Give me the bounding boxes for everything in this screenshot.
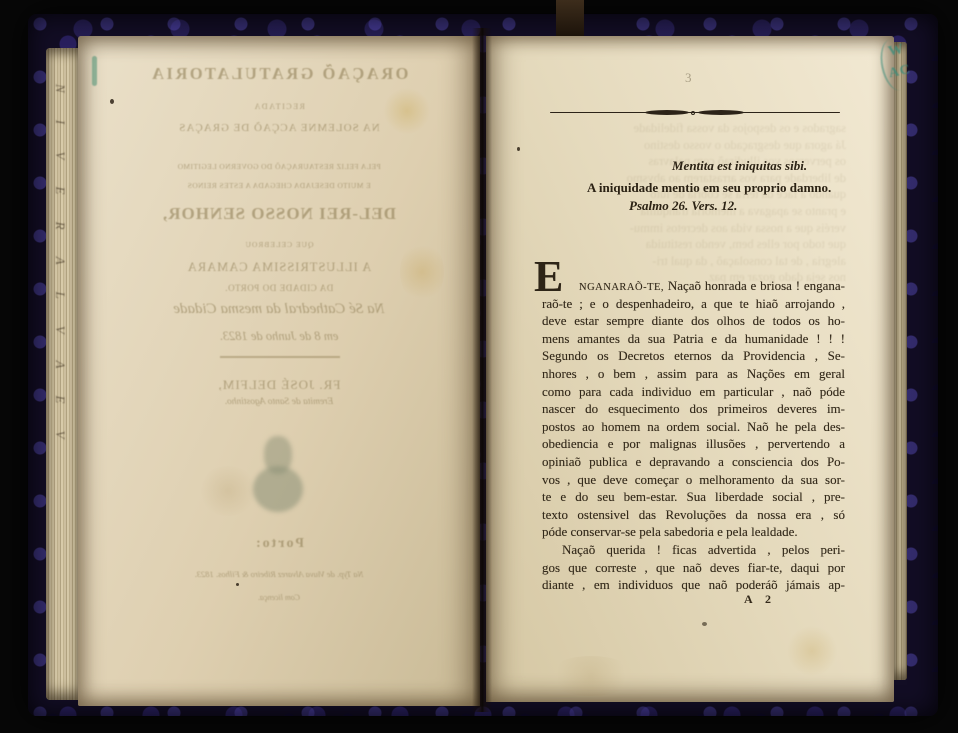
bleed-line: QUE CELEBROU (78, 240, 480, 249)
paragraph-line: te e do seu bem-estar. Sua liberdade soc… (542, 488, 845, 506)
foxing-stain (786, 626, 838, 676)
bleed-line: PELA FELIZ RESTAURAÇAÕ DO GOVERNO LEGITI… (78, 162, 480, 171)
bleed-line: Eremita de Santo Agostinho. (78, 397, 480, 407)
spine-headcap (556, 0, 584, 36)
rule-lens-right (698, 110, 744, 115)
bleed-fragment: que todo por elles bem, vendo restituida (544, 236, 846, 253)
paragraph-line: NGANARAÕ-TE, Naçaõ honrada e briosa ! en… (542, 277, 845, 295)
foxing-stain (546, 656, 636, 696)
gutter-shadow (472, 28, 492, 712)
bleed-line: Na Typ. de Viuva Alvarez Ribeiro & Filho… (78, 569, 480, 579)
bleed-line: Porto: (78, 536, 480, 552)
bleed-fragment: sagrados e os despojos da vossa fidelida… (544, 120, 846, 137)
signature-mark: A 2 (744, 592, 776, 607)
bleed-line: FR. JOSÉ DELFIM, (78, 377, 480, 393)
bleed-line: E MUITO DESEJADA CHEGADA A ESTES REINOS (78, 181, 480, 190)
bleed-line: DA CIDADE DO PORTO. (78, 283, 480, 293)
bleed-line: A ILLUSTRISSIMA CAMARA (78, 260, 480, 275)
lead-small-caps: NGANARAÕ-TE, (579, 282, 664, 293)
paragraph-line: mens amantes da sua Patria e da humanida… (542, 330, 845, 348)
left-page-bleed-title: ORAÇAÕ GRATULATORIA RECITADA NA SOLEMNE … (78, 36, 480, 706)
paragraph-line: nascer do esquecimento dos primeiros dev… (542, 400, 845, 418)
bleed-fragment: veréis que a nossa vida aos decretos imm… (544, 220, 846, 237)
bleed-rule (220, 356, 340, 358)
ink-speck (236, 583, 239, 586)
epigraph-reference: Psalmo 26. Vers. 12. (629, 198, 737, 214)
ink-speck (110, 99, 114, 104)
bleed-line: ORAÇAÕ GRATULATORIA (78, 64, 480, 84)
paragraph-line: Segundo os Decretos eternos da Providenc… (542, 347, 845, 365)
body-text-block: NGANARAÕ-TE, Naçaõ honrada e briosa ! en… (542, 277, 845, 594)
left-page: ORAÇAÕ GRATULATORIA RECITADA NA SOLEMNE … (78, 36, 480, 706)
bleed-line: em 8 de Junho de 1823. (78, 329, 480, 344)
rule-center-ring (691, 111, 696, 116)
paragraph-line: obediencia e por malignas illusões , per… (542, 435, 845, 453)
page-number: 3 (685, 70, 692, 86)
bleed-line: RECITADA (78, 102, 480, 111)
ink-speck (517, 147, 520, 151)
bleed-line: Com licença. (78, 593, 480, 602)
paragraph-line: deve estar sempre diante dos olhos de to… (542, 312, 845, 330)
bleed-line: NA SOLEMNE ACÇAÕ DE GRAÇAS (78, 122, 480, 134)
paragraph-line: diante , em individuos que naõ poderáõ j… (542, 576, 845, 594)
right-page: sagrados e os despojos da vossa fidelida… (486, 36, 894, 702)
fore-edge-handwriting: N I V E R A L V A E V (52, 84, 68, 664)
paragraph-line: Naçaõ querida ! ficas advertida , pelos … (542, 541, 845, 559)
ink-speck (702, 622, 707, 626)
paragraph-line: postos ao homem na ordem social. Naõ he … (542, 418, 845, 436)
ink-stamp-blob (253, 466, 303, 512)
head-rule-ornament (550, 109, 840, 117)
rule-lens-left (645, 110, 689, 115)
bleed-line: Na Sé Cathedral da mesma Cidade (78, 301, 480, 318)
bleed-line: DEL-REI NOSSO SENHOR, (78, 204, 480, 224)
green-ink-mark (92, 56, 97, 86)
fore-edge-stack: N I V E R A L V A E V (46, 48, 80, 700)
epigraph-latin: Mentita est iniquitas sibi. (672, 158, 807, 174)
paragraph-line: texto ostensivel das Revoluções da nossa… (542, 506, 845, 524)
paragraph-line: póde conservar-se pela sabedoria e pela … (542, 523, 845, 541)
paragraph-line: nhores , o bem , assim para as Nações em… (542, 365, 845, 383)
stamp-letter-top: W (887, 41, 905, 61)
paragraph-line: gos que correste , que naõ deves fiar-te… (542, 559, 845, 577)
bleed-fragment: Já agora que desgraçado o vosso destino (544, 137, 846, 154)
paragraph-line: como para cada individuo em particular ,… (542, 383, 845, 401)
paragraph-line-text: Naçaõ honrada e briosa ! engana- (668, 278, 845, 293)
bleed-fragment: alegria , de tal consolaçaõ , da qual tr… (544, 253, 846, 270)
book-scan-scene: N I V E R A L V A E V ORAÇAÕ GRATULATORI… (0, 0, 958, 733)
paragraph-line: raõ-te ; e o despenhadeiro, a que te hia… (542, 295, 845, 313)
epigraph-translation: A iniquidade mentio em seu proprio damno… (587, 180, 831, 196)
paragraph-line: vos , que deve começar o melhoramento da… (542, 471, 845, 489)
fore-edge-stack-right (894, 42, 907, 680)
paragraph-line: opiniaõ publica e depravando a conscienc… (542, 453, 845, 471)
